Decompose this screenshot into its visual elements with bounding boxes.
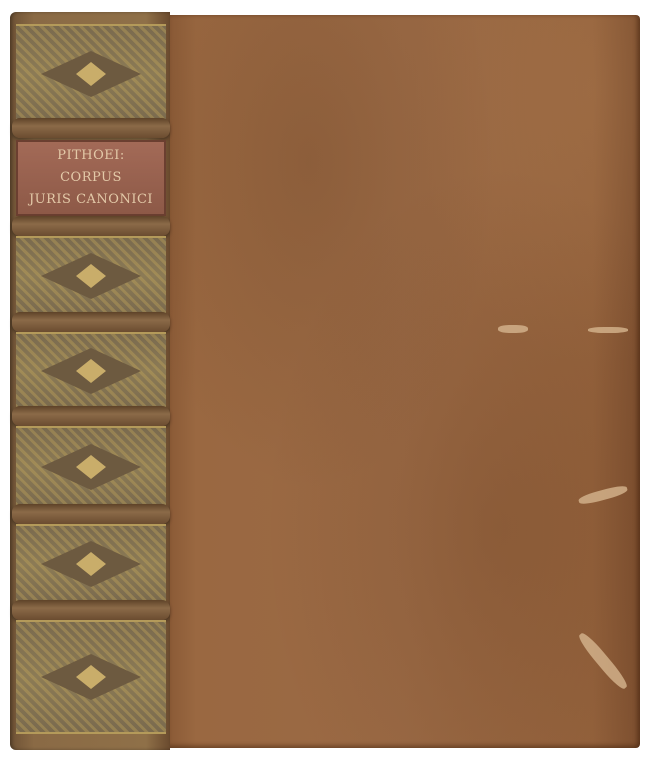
spine-panel: [16, 524, 166, 604]
cover-scuff: [578, 484, 629, 507]
cover-scuff: [588, 327, 628, 333]
raised-band: [12, 504, 170, 524]
spine-panel: [16, 24, 166, 124]
spine-panel: [16, 332, 166, 410]
label-line: JURIS CANONICI: [18, 189, 164, 211]
cover-scuff: [498, 325, 528, 333]
book-photo: PITHOEI: CORPUS JURIS CANONICI: [0, 0, 658, 768]
raised-band: [12, 600, 170, 620]
label-line: PITHOEI:: [18, 145, 164, 167]
cover-scuff: [576, 630, 630, 691]
spine: PITHOEI: CORPUS JURIS CANONICI: [10, 12, 170, 750]
raised-band: [12, 216, 170, 236]
front-cover: [168, 15, 640, 748]
label-line: CORPUS: [18, 167, 164, 189]
spine-title-label: PITHOEI: CORPUS JURIS CANONICI: [16, 140, 166, 216]
raised-band: [12, 406, 170, 426]
raised-band: [12, 312, 170, 332]
spine-panel: [16, 236, 166, 316]
spine-panel: [16, 620, 166, 734]
raised-band: [12, 118, 170, 138]
spine-panel: [16, 426, 166, 508]
